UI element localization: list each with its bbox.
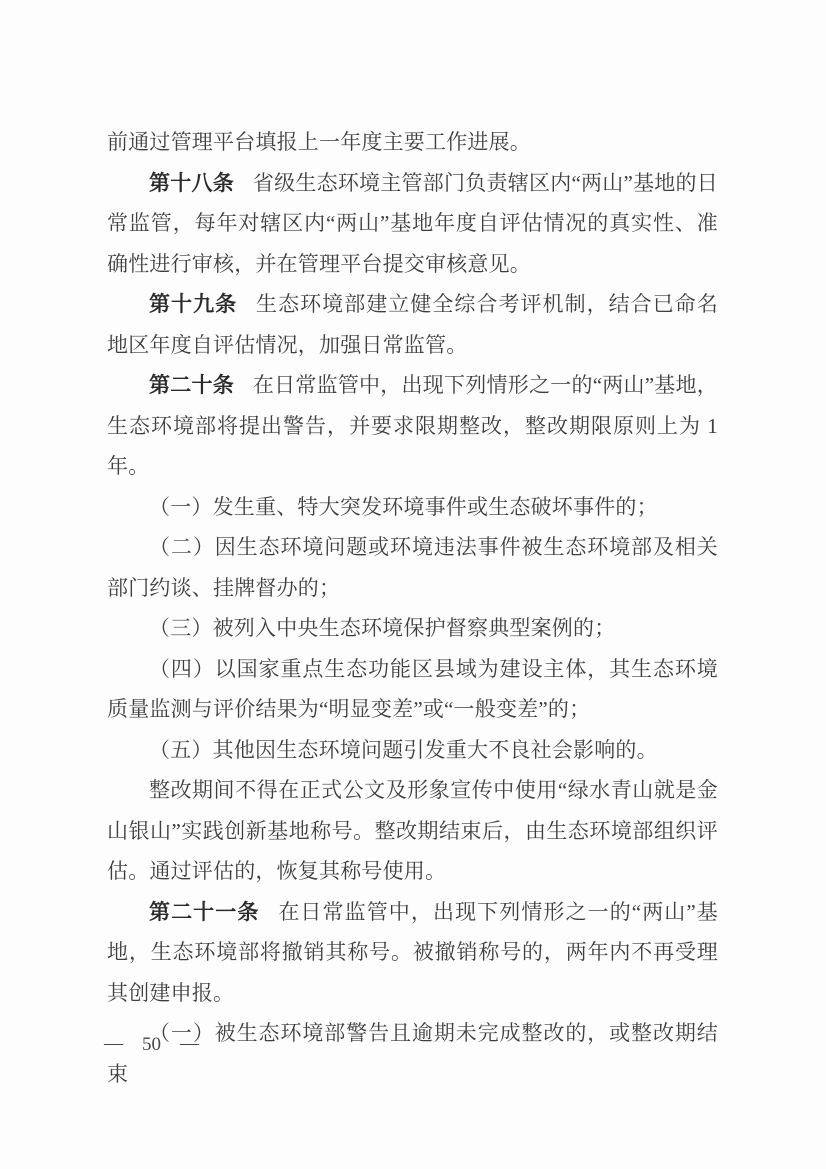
article-21-paragraph: 第二十一条在日常监管中，出现下列情形之一的“两山”基地，生态环境部将撤销其称号。… bbox=[107, 892, 718, 1014]
article-21-label: 第二十一条 bbox=[149, 900, 259, 924]
article-18-label: 第十八条 bbox=[149, 171, 234, 195]
article-20-item-5: （五）其他因生态环境问题引发重大不良社会影响的。 bbox=[107, 730, 718, 771]
article-20-item-2: （二）因生态环境问题或环境违法事件被生态环境部及相关部门约谈、挂牌督办的； bbox=[107, 527, 718, 608]
article-20-label: 第二十条 bbox=[149, 373, 234, 397]
rectification-paragraph: 整改期间不得在正式公文及形象宣传中使用“绿水青山就是金山银山”实践创新基地称号。… bbox=[107, 770, 718, 892]
page-number: 50 bbox=[142, 1034, 161, 1056]
article-20-item-3: （三）被列入中央生态环境保护督察典型案例的； bbox=[107, 608, 718, 649]
document-body: 前通过管理平台填报上一年度主要工作进展。 第十八条省级生态环境主管部门负责辖区内… bbox=[107, 122, 718, 1094]
article-19-label: 第十九条 bbox=[149, 292, 237, 316]
paragraph-continuation: 前通过管理平台填报上一年度主要工作进展。 bbox=[107, 122, 718, 163]
article-20-paragraph: 第二十条在日常监管中，出现下列情形之一的“两山”基地，生态环境部将提出警告，并要… bbox=[107, 365, 718, 487]
page-footer: — 50 — bbox=[104, 1034, 199, 1056]
article-19-paragraph: 第十九条生态环境部建立健全综合考评机制，结合已命名地区年度自评估情况，加强日常监… bbox=[107, 284, 718, 365]
article-20-item-4: （四）以国家重点生态功能区县域为建设主体，其生态环境质量监测与评价结果为“明显变… bbox=[107, 649, 718, 730]
document-page: 前通过管理平台填报上一年度主要工作进展。 第十八条省级生态环境主管部门负责辖区内… bbox=[0, 0, 826, 1169]
footer-dash-left: — bbox=[104, 1033, 123, 1055]
footer-dash-right: — bbox=[180, 1033, 199, 1055]
article-20-item-1: （一）发生重、特大突发环境事件或生态破坏事件的； bbox=[107, 487, 718, 528]
article-18-paragraph: 第十八条省级生态环境主管部门负责辖区内“两山”基地的日常监管，每年对辖区内“两山… bbox=[107, 163, 718, 285]
